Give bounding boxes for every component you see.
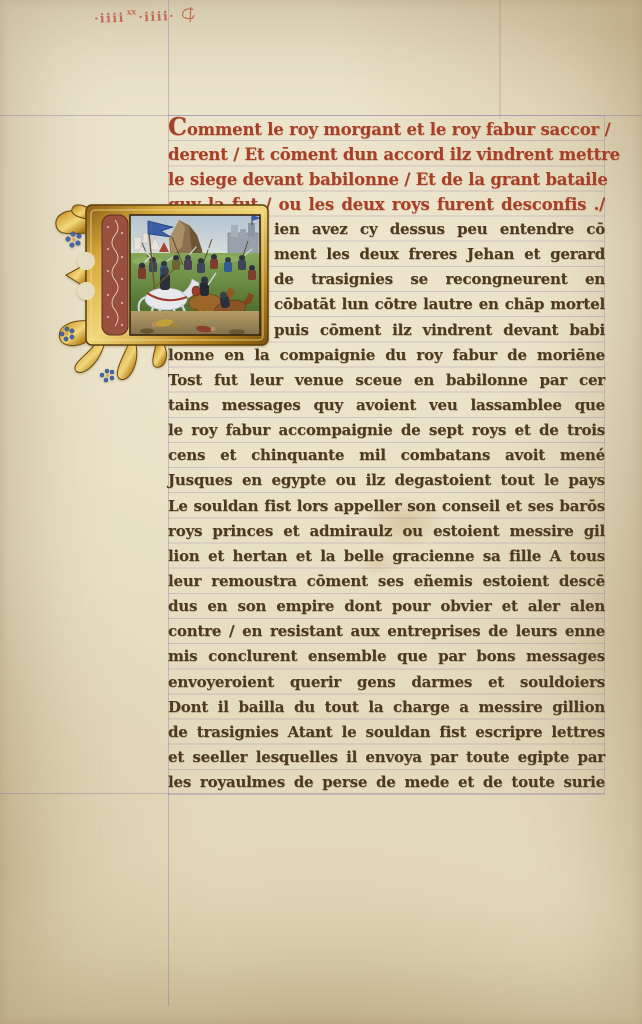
body-text-line: contre / en resistant aux entreprises de… [168, 619, 605, 644]
body-text-line: envoyeroient querir gens darmes et sould… [168, 670, 605, 695]
folio-number-suffix: ·iiii· [138, 8, 175, 24]
red-shield [192, 286, 200, 296]
rubric-line: le siege devant babilonne / Et de la gra… [168, 167, 605, 192]
body-text-line: cens et chinquante mil combatans avoit m… [168, 443, 605, 468]
manuscript-page: ·iiiixx·iiii· Comment le roy morgant et … [0, 0, 642, 1024]
rubric-line: Comment le roy morgant et le roy fabur s… [168, 117, 605, 142]
body-text-line: de trasignies Atant le souldan fist escr… [168, 720, 605, 745]
body-text-line: puis cōment ilz vindrent devant babi [274, 318, 605, 343]
folio-number: ·iiiixx·iiii· [94, 7, 200, 26]
illuminated-initial-b [52, 203, 274, 391]
body-text-line: ment les deux freres Jehan et gerard [274, 242, 605, 267]
folio-number-prefix: ·iiii [94, 10, 125, 26]
body-text-line: et seeller lesquelles il envoya par tout… [168, 745, 605, 770]
body-text-line: ien avez cy dessus peu entendre cō [274, 217, 605, 242]
body-text-line: les royaulmes de perse de mede et de tou… [168, 770, 605, 795]
body-text-line: lion et hertan et la belle gracienne sa … [168, 544, 605, 569]
rubric-line: derent / Et cōment dun accord ilz vindre… [168, 142, 605, 167]
body-text-line: leur remoustra cōment ses eñemis estoien… [168, 569, 605, 594]
body-text-line: Dont il bailla du tout la charge a messi… [168, 695, 605, 720]
initial-letter-stem [102, 215, 128, 335]
body-text-line: mis conclurent ensemble que par bons mes… [168, 644, 605, 669]
folio-flourish-icon [179, 6, 200, 23]
knight-on-white-horse [160, 274, 170, 290]
body-text-line: tains messages quy avoient veu lassamble… [168, 393, 605, 418]
body-text-line: de trasignies se recongneurent en [274, 267, 605, 292]
parchment-crease [499, 0, 501, 118]
body-text-line: cōbatāt lun cōtre lautre en chāp mortel [274, 292, 605, 317]
body-text-line: Le souldan fist lors appeller son consei… [168, 494, 605, 519]
folio-number-superscript: xx [127, 6, 137, 16]
battle-miniature [130, 215, 261, 335]
body-text-line: dus en son empire dont pour obvier et al… [168, 594, 605, 619]
body-text-line: le roy fabur accompaignie de sept roys e… [168, 418, 605, 443]
body-text-line: Jusques en egypte ou ilz degastoient tou… [168, 468, 605, 493]
body-text-line: roys princes et admiraulz ou estoient me… [168, 519, 605, 544]
